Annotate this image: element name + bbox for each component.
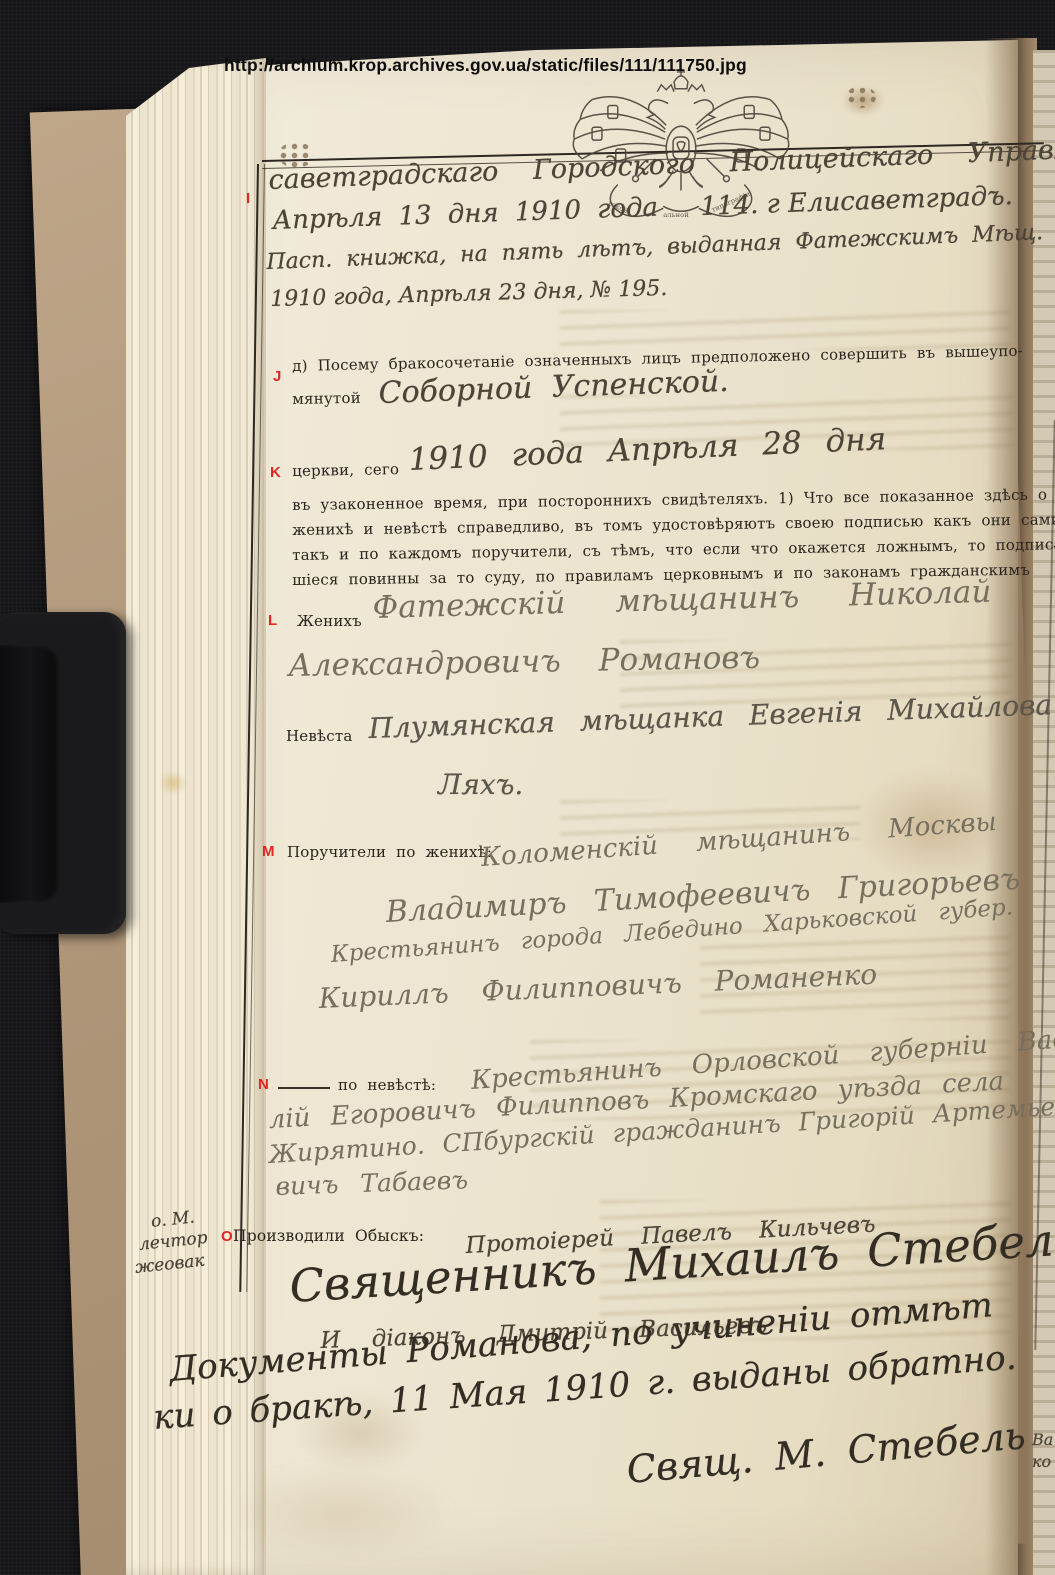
printed-text-j2: мянутой	[292, 389, 361, 408]
bride-entry-line2: Ляхъ.	[438, 768, 523, 801]
binder-clip-lever	[0, 645, 62, 903]
image-url-text: http://archium.krop.archives.gov.ua/stat…	[224, 55, 747, 76]
printed-text-k1: церкви, сего	[292, 460, 399, 480]
section-marker-k: K	[270, 464, 281, 481]
archival-photo: вской альной типографіи http://archium.k…	[0, 0, 1055, 1575]
witnesses-groom-label: Поручители по женихѣ:	[287, 843, 492, 861]
paper-stain	[160, 772, 186, 794]
groom-label: Женихъ	[297, 612, 362, 630]
section-marker-i: I	[246, 190, 250, 207]
next-page-text-fragment: ко	[1032, 1452, 1051, 1471]
bride-label: Невѣста	[286, 727, 353, 745]
section-marker-m: M	[262, 843, 275, 860]
ribbon-fragment: альной	[663, 211, 689, 219]
section-marker-o: O	[221, 1228, 233, 1245]
search-label: Производили Обыскъ:	[233, 1227, 424, 1245]
witnesses-bride-label: по невѣстѣ:	[338, 1076, 436, 1094]
section-marker-l: L	[268, 612, 277, 629]
section-marker-j: J	[273, 368, 281, 385]
section-marker-n: N	[258, 1076, 269, 1093]
paper-stain	[225, 1465, 455, 1560]
leader-dash	[278, 1087, 330, 1089]
punch-holes	[846, 86, 876, 108]
next-page-text-fragment: Ва	[1032, 1430, 1053, 1449]
